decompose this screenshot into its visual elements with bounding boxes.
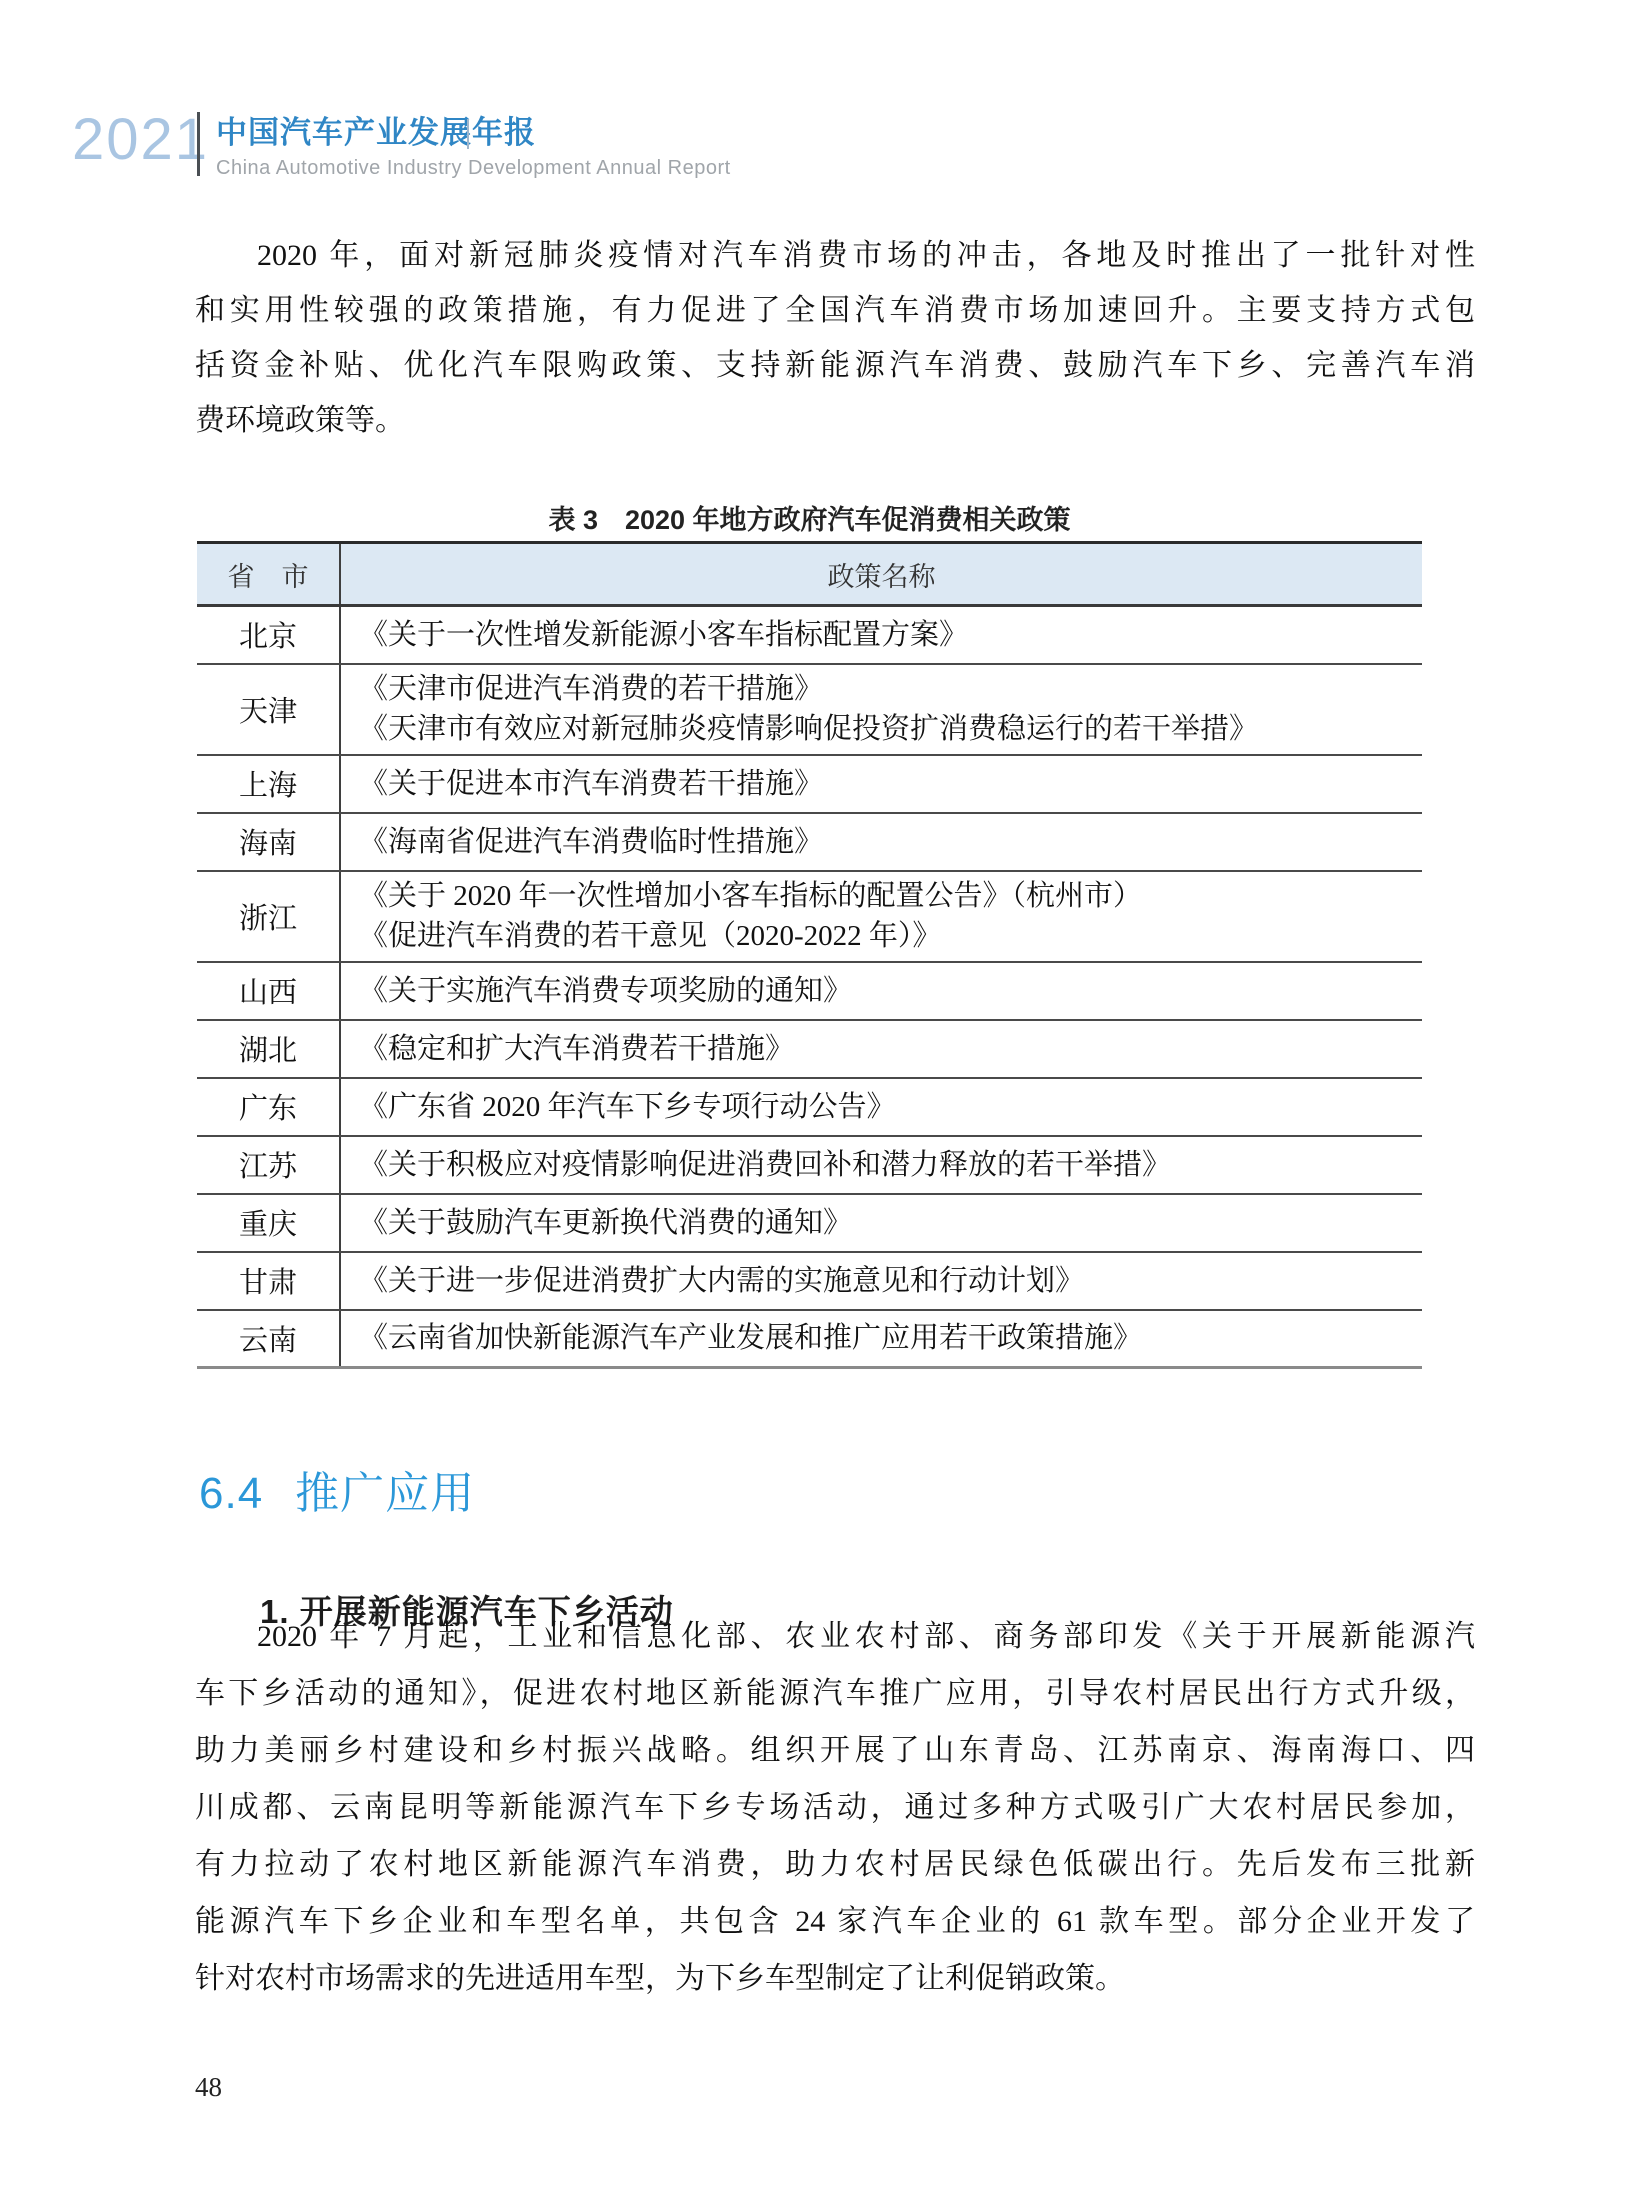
paragraph-line: 2020 年，面对新冠肺炎疫情对汽车消费市场的冲击，各地及时推出了一批针对性	[195, 228, 1475, 283]
policy-cell: 《天津市促进汽车消费的若干措施》 《天津市有效应对新冠肺炎疫情影响促投资扩消费稳…	[340, 664, 1422, 755]
header-tick-line	[467, 119, 469, 149]
policy-cell: 《关于实施汽车消费专项奖励的通知》	[340, 962, 1422, 1020]
table-row: 重庆 《关于鼓励汽车更新换代消费的通知》	[197, 1194, 1422, 1252]
table-row: 江苏 《关于积极应对疫情影响促进消费回补和潜力释放的若干举措》	[197, 1136, 1422, 1194]
paragraph-line: 有力拉动了农村地区新能源汽车消费，助力农村居民绿色低碳出行。先后发布三批新	[195, 1836, 1475, 1893]
section-title: 推广应用	[295, 1469, 475, 1518]
policy-text: 《海南省促进汽车消费临时性措施》	[359, 822, 1414, 862]
paragraph-line: 括资金补贴、优化汽车限购政策、支持新能源汽车消费、鼓励汽车下乡、完善汽车消	[195, 338, 1475, 393]
policy-cell: 《海南省促进汽车消费临时性措施》	[340, 813, 1422, 871]
paragraph-line: 能源汽车下乡企业和车型名单，共包含 24 家汽车企业的 61 款车型。部分企业开…	[195, 1893, 1475, 1950]
province-cell: 重庆	[197, 1194, 340, 1252]
table-row: 广东 《广东省 2020 年汽车下乡专项行动公告》	[197, 1078, 1422, 1136]
province-cell: 北京	[197, 606, 340, 664]
policy-text: 《关于促进本市汽车消费若干措施》	[359, 764, 1414, 804]
table-header-row: 省 市 政策名称	[197, 543, 1422, 606]
report-year: 2021	[72, 110, 209, 170]
policy-text: 《关于进一步促进消费扩大内需的实施意见和行动计划》	[359, 1261, 1414, 1301]
column-header-province: 省 市	[197, 543, 340, 606]
policy-cell: 《关于进一步促进消费扩大内需的实施意见和行动计划》	[340, 1252, 1422, 1310]
table-row: 湖北 《稳定和扩大汽车消费若干措施》	[197, 1020, 1422, 1078]
body-paragraph: 2020 年 7 月起，工业和信息化部、农业农村部、商务部印发《关于开展新能源汽…	[195, 1608, 1475, 2007]
table-row: 山西 《关于实施汽车消费专项奖励的通知》	[197, 962, 1422, 1020]
province-cell: 浙江	[197, 871, 340, 962]
policy-cell: 《广东省 2020 年汽车下乡专项行动公告》	[340, 1078, 1422, 1136]
report-title-zh: 中国汽车产业发展年报	[216, 116, 536, 150]
policy-cell: 《关于一次性增发新能源小客车指标配置方案》	[340, 606, 1422, 664]
table-row: 海南 《海南省促进汽车消费临时性措施》	[197, 813, 1422, 871]
province-cell: 天津	[197, 664, 340, 755]
paragraph-line: 和实用性较强的政策措施，有力促进了全国汽车消费市场加速回升。主要支持方式包	[195, 283, 1475, 338]
province-cell: 云南	[197, 1310, 340, 1368]
section-heading: 6.4推广应用	[199, 1468, 475, 1520]
province-cell: 山西	[197, 962, 340, 1020]
document-page: 2021 中国汽车产业发展年报 China Automotive Industr…	[0, 0, 1632, 2199]
province-cell: 湖北	[197, 1020, 340, 1078]
policy-text: 《天津市促进汽车消费的若干措施》	[359, 669, 1414, 709]
policy-text: 《关于实施汽车消费专项奖励的通知》	[359, 971, 1414, 1011]
paragraph-line: 针对农村市场需求的先进适用车型，为下乡车型制定了让利促销政策。	[195, 1950, 1475, 2007]
policy-text: 《关于一次性增发新能源小客车指标配置方案》	[359, 615, 1414, 655]
policy-text: 《关于鼓励汽车更新换代消费的通知》	[359, 1203, 1414, 1243]
paragraph-line: 费环境政策等。	[195, 393, 1475, 448]
policy-text: 《天津市有效应对新冠肺炎疫情影响促投资扩消费稳运行的若干举措》	[359, 709, 1414, 749]
policy-cell: 《关于促进本市汽车消费若干措施》	[340, 755, 1422, 813]
province-cell: 广东	[197, 1078, 340, 1136]
province-cell: 海南	[197, 813, 340, 871]
province-cell: 上海	[197, 755, 340, 813]
paragraph-line: 车下乡活动的通知》，促进农村地区新能源汽车推广应用，引导农村居民出行方式升级，	[195, 1665, 1475, 1722]
policy-cell: 《关于 2020 年一次性增加小客车指标的配置公告》（杭州市） 《促进汽车消费的…	[340, 871, 1422, 962]
table-row: 北京 《关于一次性增发新能源小客车指标配置方案》	[197, 606, 1422, 664]
policy-text: 《关于 2020 年一次性增加小客车指标的配置公告》（杭州市）	[359, 876, 1414, 916]
table-row: 云南 《云南省加快新能源汽车产业发展和推广应用若干政策措施》	[197, 1310, 1422, 1368]
province-cell: 甘肃	[197, 1252, 340, 1310]
header-divider-line	[197, 112, 200, 176]
report-title-en: China Automotive Industry Development An…	[216, 156, 731, 180]
table-row: 浙江 《关于 2020 年一次性增加小客车指标的配置公告》（杭州市） 《促进汽车…	[197, 871, 1422, 962]
paragraph-line: 川成都、云南昆明等新能源汽车下乡专场活动，通过多种方式吸引广大农村居民参加，	[195, 1779, 1475, 1836]
intro-paragraph: 2020 年，面对新冠肺炎疫情对汽车消费市场的冲击，各地及时推出了一批针对性 和…	[195, 228, 1475, 448]
policy-cell: 《稳定和扩大汽车消费若干措施》	[340, 1020, 1422, 1078]
table-row: 甘肃 《关于进一步促进消费扩大内需的实施意见和行动计划》	[197, 1252, 1422, 1310]
policy-cell: 《云南省加快新能源汽车产业发展和推广应用若干政策措施》	[340, 1310, 1422, 1368]
section-number: 6.4	[199, 1469, 263, 1518]
paragraph-line: 助力美丽乡村建设和乡村振兴战略。组织开展了山东青岛、江苏南京、海南海口、四	[195, 1722, 1475, 1779]
province-cell: 江苏	[197, 1136, 340, 1194]
table-row: 上海 《关于促进本市汽车消费若干措施》	[197, 755, 1422, 813]
column-header-policy: 政策名称	[340, 543, 1422, 606]
policy-cell: 《关于积极应对疫情影响促进消费回补和潜力释放的若干举措》	[340, 1136, 1422, 1194]
table-row: 天津 《天津市促进汽车消费的若干措施》 《天津市有效应对新冠肺炎疫情影响促投资扩…	[197, 664, 1422, 755]
table-caption: 表 3 2020 年地方政府汽车促消费相关政策	[197, 498, 1422, 537]
policy-cell: 《关于鼓励汽车更新换代消费的通知》	[340, 1194, 1422, 1252]
policy-text: 《云南省加快新能源汽车产业发展和推广应用若干政策措施》	[359, 1318, 1414, 1358]
paragraph-line: 2020 年 7 月起，工业和信息化部、农业农村部、商务部印发《关于开展新能源汽	[195, 1608, 1475, 1665]
policy-text: 《促进汽车消费的若干意见（2020-2022 年）》	[359, 916, 1414, 956]
policy-text: 《关于积极应对疫情影响促进消费回补和潜力释放的若干举措》	[359, 1145, 1414, 1185]
policy-table: 省 市 政策名称 北京 《关于一次性增发新能源小客车指标配置方案》 天津 《天津…	[197, 541, 1422, 1369]
policy-text: 《广东省 2020 年汽车下乡专项行动公告》	[359, 1087, 1414, 1127]
page-number: 48	[195, 2072, 222, 2103]
policy-text: 《稳定和扩大汽车消费若干措施》	[359, 1029, 1414, 1069]
